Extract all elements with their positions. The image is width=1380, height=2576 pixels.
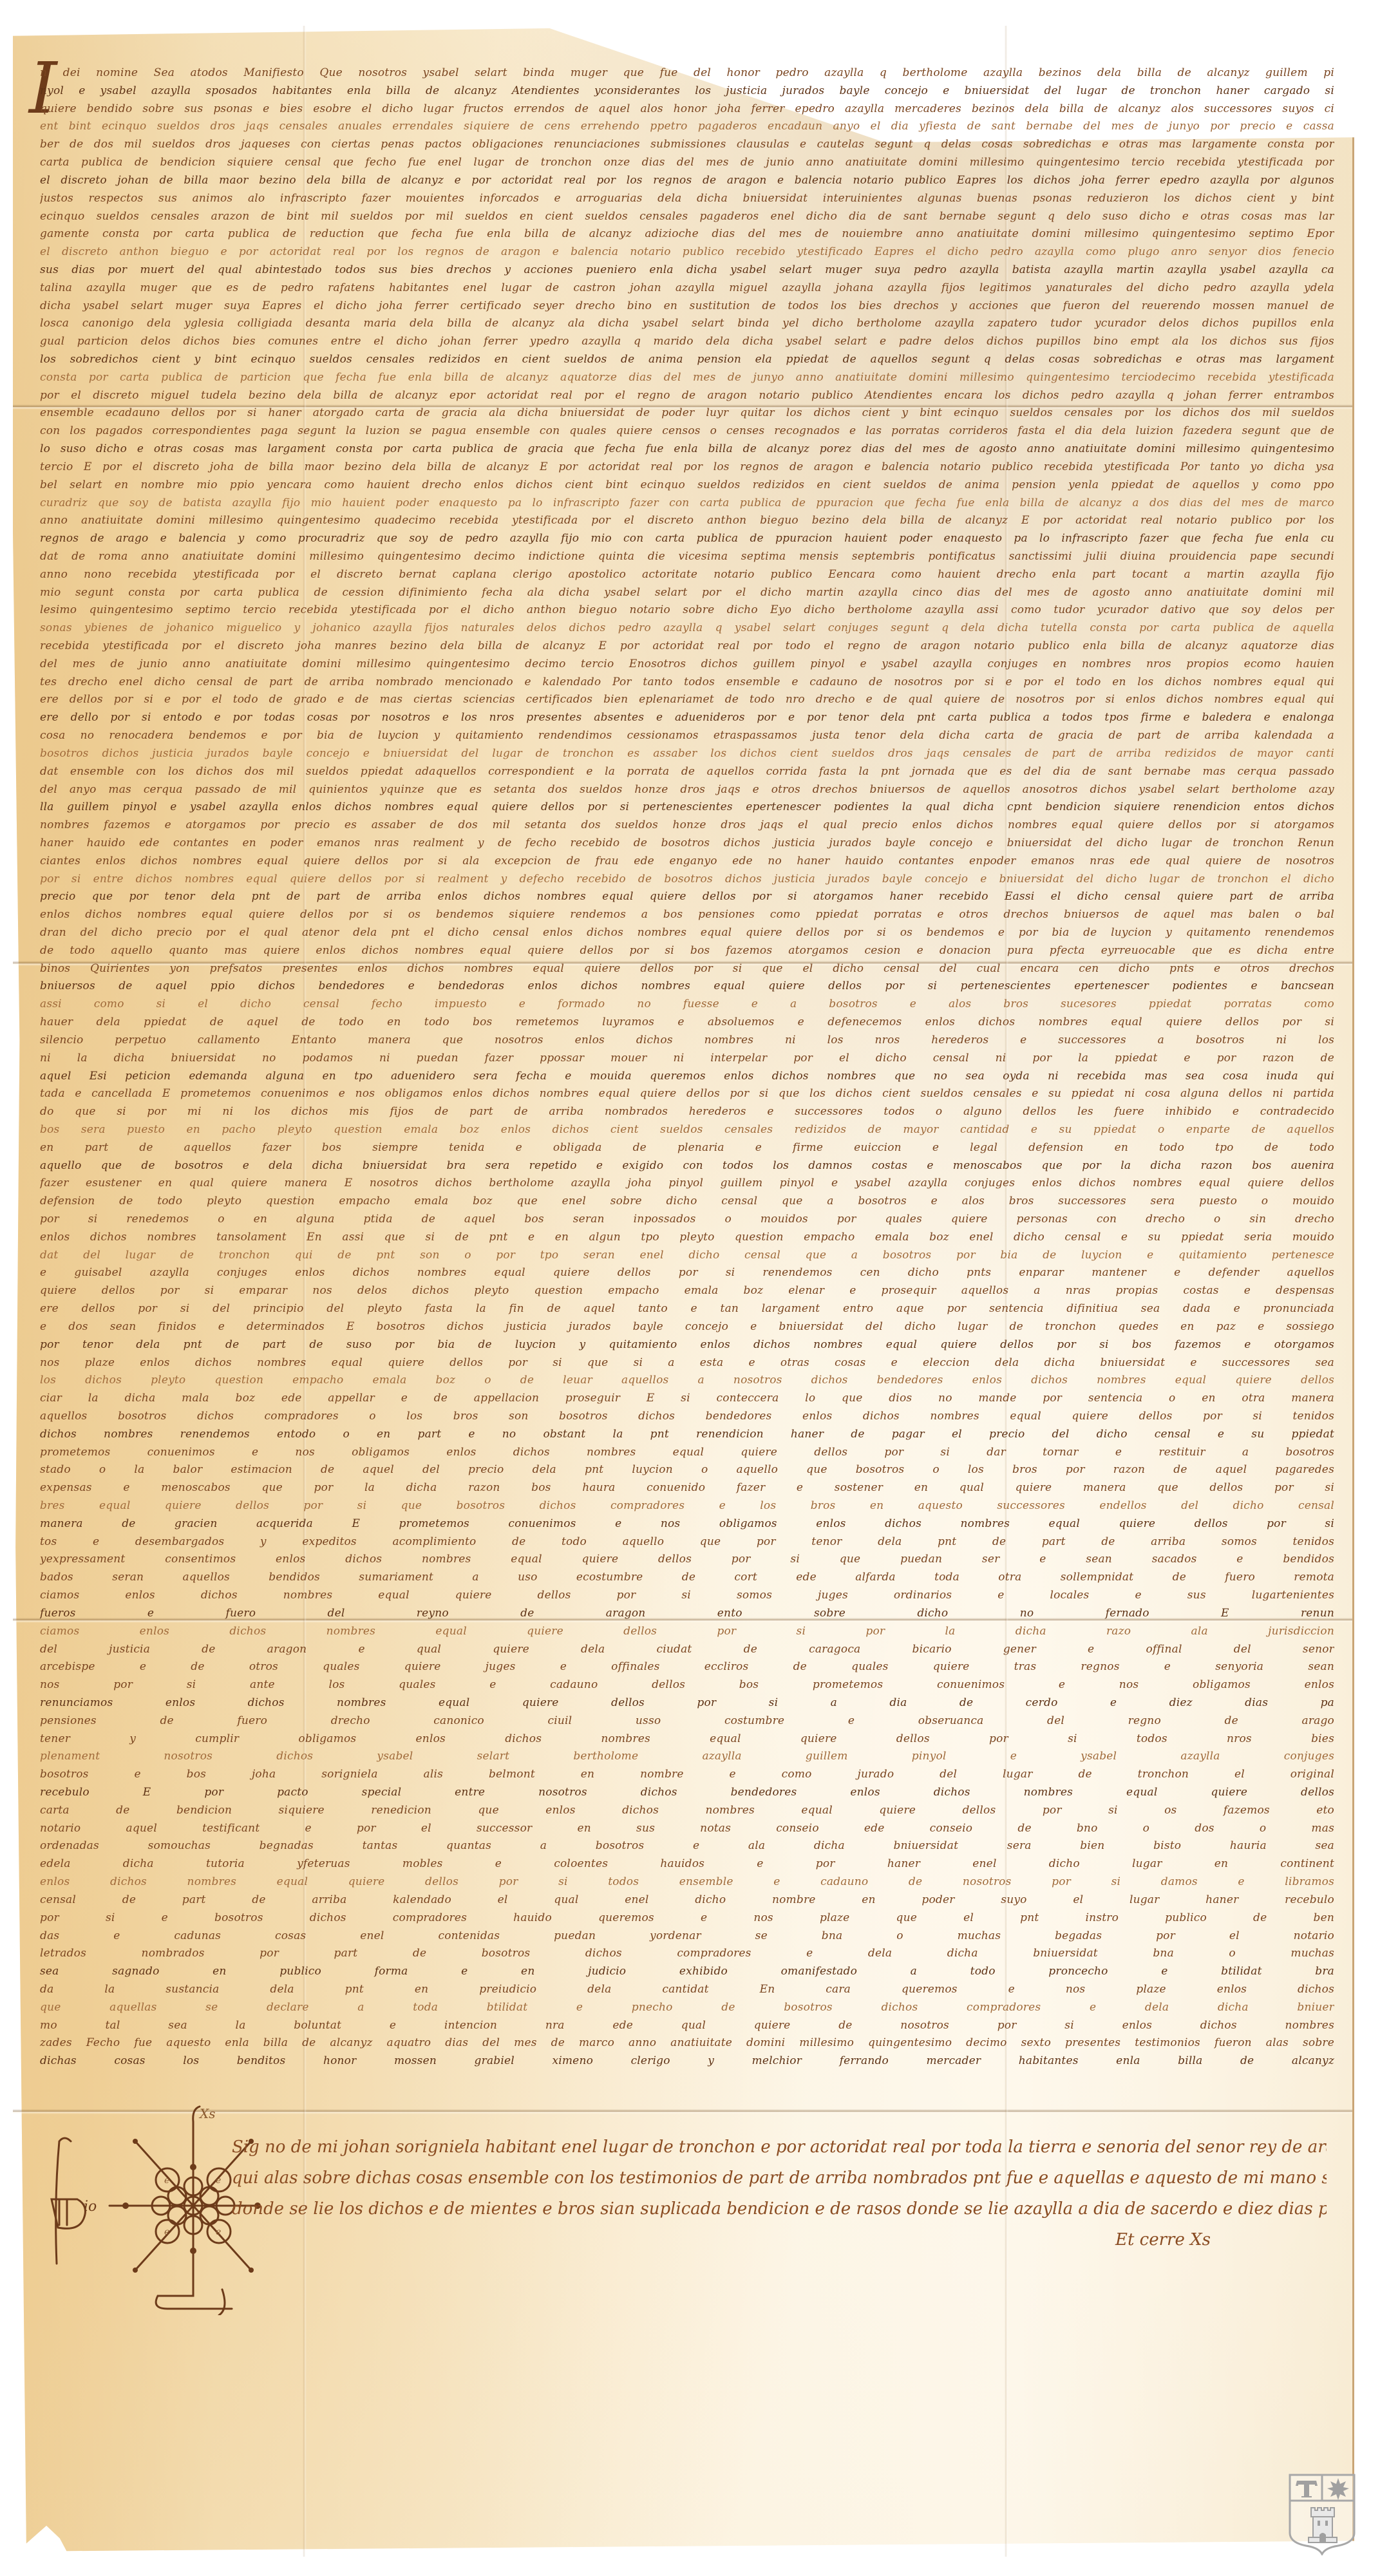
manuscript-line: aquellos bosotros dichos compradores o l… xyxy=(40,1408,1334,1426)
manuscript-line: curadriz que soy de batista azaylla fijo… xyxy=(40,495,1334,513)
manuscript-line: bosotros dichos justicia jurados bayle c… xyxy=(40,745,1334,763)
subscription-closing: Et cerre Xs xyxy=(232,2224,1327,2255)
manuscript-line: por si entre dichos nombres equal quiere… xyxy=(40,871,1334,889)
manuscript-line: ber de dos mil sueldos dros jaqueses con… xyxy=(40,136,1334,154)
manuscript-line: en part de aquellos fazer bos siempre te… xyxy=(40,1139,1334,1157)
manuscript-line: aquel Esi peticion edemanda alguna en tp… xyxy=(40,1068,1334,1086)
manuscript-line: anno anatiuitate domini millesimo quinge… xyxy=(40,512,1334,530)
manuscript-line: haner hauido ede contantes en poder eman… xyxy=(40,835,1334,853)
manuscript-line: enlos dichos nombres tansolament En assi… xyxy=(40,1229,1334,1247)
coat-of-arms-watermark-icon xyxy=(1287,2472,1357,2555)
manuscript-line: nyol e ysabel azaylla sposados habitante… xyxy=(40,82,1334,100)
manuscript-line: losca canonigo dela yglesia colligiada d… xyxy=(40,315,1334,333)
subscription-line: qui alas sobre dichas cosas ensemble con… xyxy=(232,2163,1327,2193)
manuscript-line: cosa no renocadera bendemos e por bia de… xyxy=(40,727,1334,745)
manuscript-line: renunciamos enlos dichos nombres equal q… xyxy=(40,1694,1334,1712)
manuscript-line: manera de gracien acquerida E prometemos… xyxy=(40,1515,1334,1533)
manuscript-line: ciar la dicha mala boz ede appellar e de… xyxy=(40,1390,1334,1408)
manuscript-line: ciamos enlos dichos nombres equal quiere… xyxy=(40,1623,1334,1641)
manuscript-line: do que si por mi ni los dichos mis fijos… xyxy=(40,1103,1334,1121)
manuscript-line: del justicia de aragon e qual quiere del… xyxy=(40,1641,1334,1659)
manuscript-line: fueros e fuero del reyno de aragon ento … xyxy=(40,1605,1334,1623)
svg-text:e: e xyxy=(216,2227,221,2237)
manuscript-line: ensemble ecadauno dellos por si haner at… xyxy=(40,404,1334,422)
manuscript-line: precio que por tenor dela pnt de part de… xyxy=(40,888,1334,906)
manuscript-line: expensas e menoscabos que por la dicha r… xyxy=(40,1479,1334,1497)
manuscript-line: que aquellas se declare a toda btilidat … xyxy=(40,1999,1334,2017)
manuscript-line: edela dicha tutoria yfeteruas mobles e c… xyxy=(40,1855,1334,1873)
manuscript-line: prometemos conuenimos e nos obligamos en… xyxy=(40,1444,1334,1462)
manuscript-line: aquello que de bosotros e dela dicha bni… xyxy=(40,1157,1334,1175)
manuscript-line: bosotros e bos joha sorigniela alis belm… xyxy=(40,1766,1334,1784)
manuscript-line: gamente consta por carta publica de redu… xyxy=(40,225,1334,243)
manuscript-line: los sobredichos cient y bint ecinquo sue… xyxy=(40,351,1334,369)
manuscript-line: recebida ytestificada por el discreto jo… xyxy=(40,638,1334,656)
manuscript-line: bos sera puesto en pacho pleyto question… xyxy=(40,1121,1334,1139)
manuscript-line: binos Quirientes yon prefsatos presentes… xyxy=(40,960,1334,978)
manuscript-line: lo suso dicho e otras cosas mas largamen… xyxy=(40,440,1334,459)
manuscript-line: censal de part de arriba kalendado el qu… xyxy=(40,1891,1334,1909)
manuscript-line: el discreto johan de billa maor bezino d… xyxy=(40,172,1334,190)
svg-text:e: e xyxy=(216,2175,221,2186)
manuscript-line: e guisabel azaylla conjuges enlos dichos… xyxy=(40,1264,1334,1282)
manuscript-body-text: n dei nomine Sea atodos Manifiesto Que n… xyxy=(40,64,1334,2070)
manuscript-line: bres equal quiere dellos por si que boso… xyxy=(40,1497,1334,1515)
manuscript-line: nombres fazemos e atorgamos por precio e… xyxy=(40,817,1334,835)
svg-text:e: e xyxy=(164,2175,169,2186)
notary-top-mark: Xs xyxy=(198,2106,216,2121)
manuscript-line: ciamos enlos dichos nombres equal quiere… xyxy=(40,1587,1334,1605)
manuscript-line: n dei nomine Sea atodos Manifiesto Que n… xyxy=(40,64,1334,82)
manuscript-line: sus dias por muert del qual abintestado … xyxy=(40,261,1334,279)
subscription-line: donde se lie los dichos e de mientes e b… xyxy=(232,2193,1327,2224)
manuscript-line: ere dello por si entodo e por todas cosa… xyxy=(40,709,1334,727)
manuscript-line: por tenor dela pnt de part de suso por b… xyxy=(40,1336,1334,1354)
manuscript-line: carta de bendicion siquiere renedicion q… xyxy=(40,1802,1334,1820)
manuscript-line: das e cadunas cosas enel contenidas pued… xyxy=(40,1927,1334,1946)
manuscript-line: enlos dichos nombres equal quiere dellos… xyxy=(40,1873,1334,1891)
manuscript-line: gual particion delos dichos bies comunes… xyxy=(40,333,1334,351)
manuscript-line: dran del dicho precio por el qual atenor… xyxy=(40,924,1334,942)
manuscript-line: hauer dela ppiedat de aquel de todo en t… xyxy=(40,1014,1334,1032)
manuscript-line: ecinquo sueldos censales arazon de bint … xyxy=(40,208,1334,226)
manuscript-line: ordenadas somouchas begnadas tantas quan… xyxy=(40,1837,1334,1855)
manuscript-line: tes drecho enel dicho censal de part de … xyxy=(40,674,1334,692)
manuscript-line: tercio E por el discreto joha de billa m… xyxy=(40,459,1334,477)
manuscript-line: los dichos pleyto question empacho emala… xyxy=(40,1372,1334,1390)
manuscript-line: assi como si el dicho censal fecho impue… xyxy=(40,996,1334,1014)
manuscript-line: stado o la balor estimacion de aquel del… xyxy=(40,1461,1334,1479)
manuscript-line: nos por si ante los quales e cadauno del… xyxy=(40,1676,1334,1694)
manuscript-line: consta por carta publica de particion qu… xyxy=(40,369,1334,387)
manuscript-line: talina azaylla muger que es de pedro raf… xyxy=(40,279,1334,298)
manuscript-line: del mes de junio anno anatiuitate domini… xyxy=(40,656,1334,674)
manuscript-line: mo tal sea la boluntat e intencion nra e… xyxy=(40,2017,1334,2035)
manuscript-line: e dos sean finidos e determinados E boso… xyxy=(40,1318,1334,1336)
manuscript-line: sonas ybienes de johanico miguelico y jo… xyxy=(40,620,1334,638)
manuscript-line: justos respectos sus animos alo infrascr… xyxy=(40,190,1334,208)
manuscript-line: dichos nombres renendemos entodo o en pa… xyxy=(40,1426,1334,1444)
manuscript-line: dichas cosas los benditos honor mossen g… xyxy=(40,2052,1334,2070)
manuscript-line: notario aquel testificant e por el succe… xyxy=(40,1820,1334,1838)
manuscript-line: tos e desembargados y expeditos acomplim… xyxy=(40,1533,1334,1551)
notary-side-initials: io xyxy=(84,2199,97,2215)
manuscript-line: ni la dicha bniuersidat no podamos ni pu… xyxy=(40,1050,1334,1068)
manuscript-line: ciantes enlos dichos nombres equal quier… xyxy=(40,853,1334,871)
manuscript-line: tada e cancellada E prometemos conuenimo… xyxy=(40,1085,1334,1103)
manuscript-line: silencio perpetuo callamento Entanto man… xyxy=(40,1032,1334,1050)
manuscript-line: ere dellos por si del principio del pley… xyxy=(40,1300,1334,1318)
manuscript-line: bniuersos de aquel ppio dichos bendedore… xyxy=(40,978,1334,996)
manuscript-line: dat del lugar de tronchon qui de pnt son… xyxy=(40,1247,1334,1265)
manuscript-line: del anyo mas cerqua passado de mil quini… xyxy=(40,781,1334,799)
manuscript-line: dicha ysabel selart muger suya Eapres el… xyxy=(40,298,1334,316)
manuscript-line: lesimo quingentesimo septimo tercio rece… xyxy=(40,601,1334,620)
manuscript-line: ere dellos por si e por el todo de grado… xyxy=(40,691,1334,709)
manuscript-line: recebulo E por pacto special entre nosot… xyxy=(40,1784,1334,1802)
manuscript-line: defension de todo pleyto question empach… xyxy=(40,1193,1334,1211)
manuscript-line: dat de roma anno anatiuitate domini mill… xyxy=(40,548,1334,566)
manuscript-line: letrados nombrados por part de bosotros … xyxy=(40,1945,1334,1963)
manuscript-line: quiere dellos por si emparar nos delos d… xyxy=(40,1282,1334,1300)
manuscript-line: dat ensemble con los dichos dos mil suel… xyxy=(40,763,1334,781)
manuscript-line: plenament nosotros dichos ysabel selart … xyxy=(40,1748,1334,1766)
manuscript-line: mio segunt consta por carta publica de c… xyxy=(40,584,1334,602)
manuscript-line: pensiones de fuero drecho canonico ciuil… xyxy=(40,1712,1334,1730)
manuscript-line: anno nono recebida ytestificada por el d… xyxy=(40,566,1334,584)
manuscript-line: con los pagados correspondientes paga se… xyxy=(40,422,1334,440)
manuscript-line: por si e bosotros dichos compradores hau… xyxy=(40,1909,1334,1927)
manuscript-line: lla guillem pinyol e ysabel azaylla enlo… xyxy=(40,799,1334,817)
manuscript-line: fazer esustener en qual quiere manera E … xyxy=(40,1175,1334,1193)
manuscript-line: sea sagnado en publico forma e en judici… xyxy=(40,1963,1334,1981)
manuscript-line: de todo aquello quanto mas quiere enlos … xyxy=(40,942,1334,960)
manuscript-line: regnos de arago e balencia y como procur… xyxy=(40,530,1334,548)
manuscript-line: tener y cumplir obligamos enlos dichos n… xyxy=(40,1730,1334,1748)
manuscript-line: enlos dichos nombres equal quiere dellos… xyxy=(40,906,1334,924)
manuscript-line: bados seran aquellos bendidos sumariamen… xyxy=(40,1569,1334,1587)
manuscript-line: quiere bendido sobre sus psonas e bies e… xyxy=(40,100,1334,118)
manuscript-line: da la sustancia dela pnt en preiudicio d… xyxy=(40,1981,1334,1999)
manuscript-line: arcebispe e de otros quales quiere juges… xyxy=(40,1658,1334,1676)
subscription-line: Sig no de mi johan sorigniela habitant e… xyxy=(232,2132,1327,2163)
manuscript-line: zades Fecho fue aquesto enla billa de al… xyxy=(40,2034,1334,2052)
manuscript-line: por el discreto miguel tudela bezino del… xyxy=(40,387,1334,405)
manuscript-line: ent bint ecinquo sueldos dros jaqs censa… xyxy=(40,118,1334,136)
manuscript-line: yexpressament consentimos enlos dichos n… xyxy=(40,1551,1334,1569)
svg-text:e: e xyxy=(164,2227,169,2237)
manuscript-line: bel selart en nombre mio ppio yencara co… xyxy=(40,477,1334,495)
manuscript-line: nos plaze enlos dichos nombres equal qui… xyxy=(40,1354,1334,1372)
notary-subscription: Sig no de mi johan sorigniela habitant e… xyxy=(232,2132,1327,2255)
manuscript-line: carta publica de bendicion siquiere cens… xyxy=(40,154,1334,172)
manuscript-line: el discreto anthon bieguo e por actorida… xyxy=(40,243,1334,261)
manuscript-line: por si renedemos o en alguna ptida de aq… xyxy=(40,1211,1334,1229)
